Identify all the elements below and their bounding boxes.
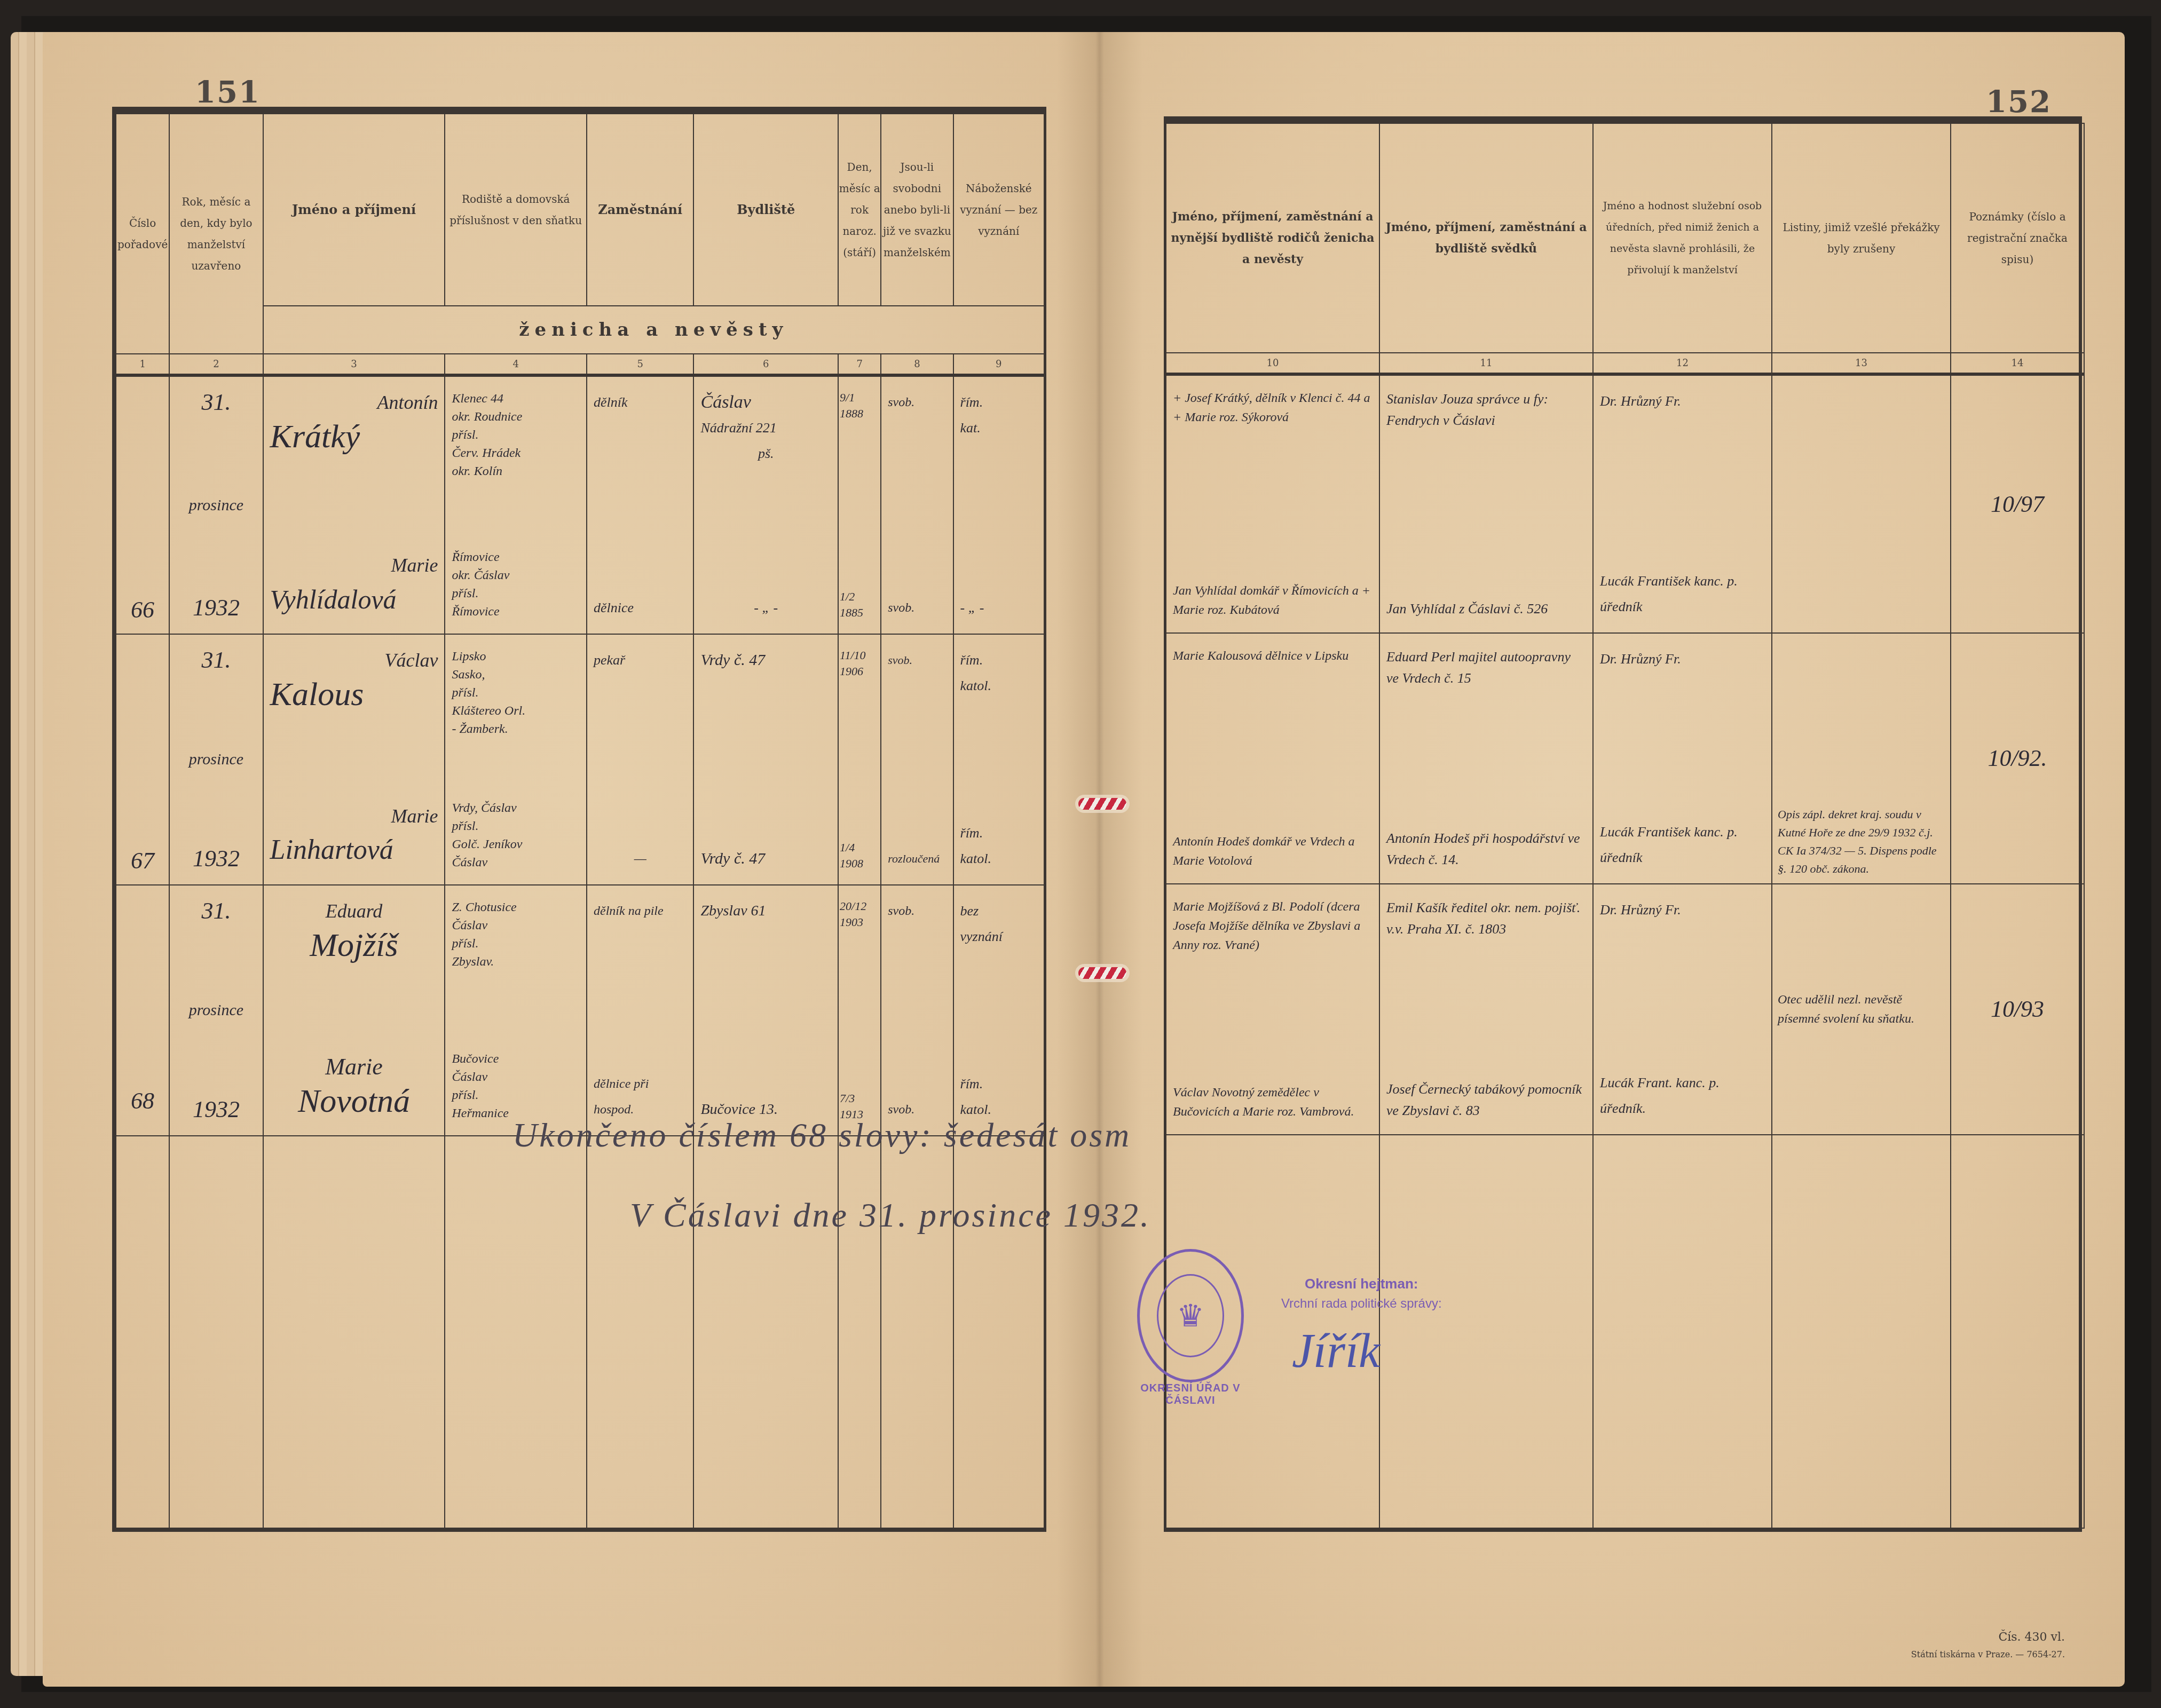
bride-birth-daymonth: 1/2	[840, 589, 879, 605]
binding-thread-icon	[1078, 967, 1126, 979]
notes: 10/97	[1951, 374, 2084, 633]
groom-birthplace-line: - Žamberk.	[452, 720, 580, 738]
groom-birthplace-line: přísl.	[452, 935, 580, 953]
official-1: Dr. Hrůzný Fr.	[1600, 646, 1765, 672]
groom-religion: katol.	[960, 673, 1037, 699]
entry-month: prosince	[189, 493, 243, 518]
bride-birthplace-line: okr. Čáslav	[452, 566, 580, 584]
page-number-right: 152	[1986, 84, 2052, 120]
groom-first-name: Eduard	[270, 898, 438, 924]
bride-religion: - „ -	[960, 595, 1037, 621]
col-number: 2	[169, 354, 263, 375]
register-entry-67: 67 31. prosince 1932 Václav Kalous Marie	[116, 634, 1044, 885]
register-entry-66: 66 31. prosince 1932 Antonín Krátký Mari…	[116, 375, 1044, 634]
groom-marital-status: svob.	[888, 898, 946, 924]
groom-residence-line: Nádražní 221	[700, 415, 831, 441]
col-number: 12	[1593, 353, 1772, 374]
parents-groom: Marie Mojžíšová z Bl. Podolí (dcera Jose…	[1173, 897, 1373, 955]
group-header: ženicha a nevěsty	[263, 306, 1044, 354]
groom-birthplace-line: okr. Kolín	[452, 462, 580, 480]
entry-year: 1932	[193, 846, 240, 872]
official-2: Lucák Frant. kanc. p. úředník.	[1600, 1070, 1765, 1121]
register-table-right: Jméno, příjmení, zaměstnání a nynější by…	[1164, 116, 2082, 1532]
col-number: 3	[263, 354, 445, 375]
groom-first-name: Antonín	[270, 390, 438, 415]
groom-birth-daymonth: 20/12	[840, 898, 879, 914]
entry-day: 31.	[201, 647, 231, 673]
bride-birth-year: 1908	[840, 856, 879, 872]
parents-groom: + Marie roz. Sýkorová	[1173, 408, 1373, 427]
register-entry-67-continued: Marie Kalousová dělnice v LipskuAntonín …	[1166, 633, 2084, 884]
col-number: 8	[881, 354, 953, 375]
col-number: 13	[1772, 353, 1951, 374]
notes: 10/93	[1951, 884, 2084, 1135]
col-header-7: Den, měsíc a rok naroz. (stáří)	[838, 114, 881, 306]
bride-birth-daymonth: 1/4	[840, 840, 879, 856]
groom-birthplace-line: okr. Roudnice	[452, 408, 580, 426]
witness-1: Eduard Perl majitel autoopravny ve Vrdec…	[1386, 646, 1586, 689]
bride-birthplace-line: Čáslav	[452, 1068, 580, 1086]
binding-thread-icon	[1078, 798, 1126, 810]
col-number: 6	[693, 354, 838, 375]
col-header-4: Rodiště a domovská příslušnost v den sňa…	[445, 114, 587, 306]
documents	[1772, 374, 1951, 633]
col-header-14: Poznámky (číslo a registrační značka spi…	[1951, 123, 2084, 353]
bride-residence: Vrdy č. 47	[700, 846, 831, 872]
groom-marital-status: svob.	[888, 647, 946, 673]
documents: Otec udělil nezl. nevěstě písemné svolen…	[1772, 884, 1951, 1135]
groom-birthplace-line: Kláštereo Orl.	[452, 702, 580, 720]
groom-birth-daymonth: 11/10	[840, 647, 879, 663]
entry-number: 67	[116, 634, 169, 885]
documents: Opis zápl. dekret kraj. soudu v Kutné Ho…	[1772, 633, 1951, 884]
bride-surname: Vyhlídalová	[270, 578, 438, 621]
bride-first-name: Marie	[270, 803, 438, 829]
groom-birthplace-line: Červ. Hrádek	[452, 444, 580, 462]
col-number: 10	[1166, 353, 1379, 374]
stamp-title-block: Okresní hejtman: Vrchní rada politické s…	[1281, 1276, 1442, 1311]
groom-occupation: dělník	[594, 390, 687, 415]
col-header-2: Rok, měsíc a den, kdy bylo manželství uz…	[169, 114, 263, 354]
register-entry-68-continued: Marie Mojžíšová z Bl. Podolí (dcera Jose…	[1166, 884, 2084, 1135]
groom-religion: řím.	[960, 647, 1037, 673]
bride-marital-status: rozloučená	[888, 846, 946, 872]
bride-surname: Novotná	[270, 1080, 438, 1122]
lion-coat-of-arms-icon: ♛	[1157, 1274, 1224, 1357]
official-signature: Jířík	[1292, 1324, 1380, 1379]
groom-birthplace-line: Lipsko	[452, 647, 580, 666]
witness-1: Emil Kašík ředitel okr. nem. pojišť. v.v…	[1386, 897, 1586, 940]
notes: 10/92.	[1951, 633, 2084, 884]
seal-ring-text: OKRESNÍ ÚŘAD V ČÁSLAVI	[1137, 1382, 1244, 1407]
bride-birth-year: 1885	[840, 605, 879, 621]
bride-religion: řím.	[960, 820, 1037, 846]
groom-birthplace-line: Zbyslav.	[452, 953, 580, 971]
groom-religion: řím.	[960, 390, 1037, 415]
book-gutter	[1057, 32, 1142, 1687]
groom-birth-year: 1888	[840, 406, 879, 422]
bride-religion: katol.	[960, 846, 1037, 872]
col-header-10: Jméno, příjmení, zaměstnání a nynější by…	[1166, 123, 1379, 353]
official-1: Dr. Hrůzný Fr.	[1600, 389, 1765, 414]
groom-birthplace-line: Sasko,	[452, 666, 580, 684]
bride-marital-status: svob.	[888, 595, 946, 621]
col-header-12: Jméno a hodnost služební osob úředních, …	[1593, 123, 1772, 353]
bride-occupation: dělnice	[594, 595, 687, 621]
bride-first-name: Marie	[270, 552, 438, 578]
bride-birthplace-line: přísl.	[452, 584, 580, 603]
bride-birthplace-line: přísl.	[452, 817, 580, 835]
bride-birthplace-line: Čáslav	[452, 853, 580, 872]
col-header-11: Jméno, příjmení, zaměstnání a bydliště s…	[1379, 123, 1593, 353]
bride-residence: - „ -	[700, 595, 831, 621]
entry-day: 31.	[201, 390, 231, 415]
witness-2: Antonín Hodeš při hospodářství ve Vrdech…	[1386, 828, 1586, 871]
col-number: 11	[1379, 353, 1593, 374]
col-header-1: Číslo pořadové	[116, 114, 169, 354]
register-entry-68: 68 31. prosince 1932 Eduard Mojžíš Marie	[116, 885, 1044, 1136]
bride-birthplace-line: Římovice	[452, 603, 580, 621]
bride-occupation: —	[594, 846, 687, 872]
bride-birthplace-line: Bučovice	[452, 1050, 580, 1068]
bride-birthplace-line: Římovice	[452, 548, 580, 566]
printer-imprint: Státní tiskárna v Praze. — 7654-27.	[1911, 1649, 2065, 1659]
register-entry-66-continued: + Josef Krátký, dělník v Klenci č. 44 a+…	[1166, 374, 2084, 633]
col-header-6: Bydliště	[693, 114, 838, 306]
form-number: Čís. 430 vl.	[1998, 1631, 2065, 1644]
groom-surname: Kalous	[270, 673, 438, 716]
bride-birth-daymonth: 7/3	[840, 1090, 879, 1106]
bride-first-name: Marie	[270, 1054, 438, 1080]
col-number: 1	[116, 354, 169, 375]
bride-occupation: dělnice při hospod.	[594, 1071, 687, 1122]
page-number-left: 151	[195, 75, 261, 110]
groom-religion: bez	[960, 898, 1037, 924]
groom-birthplace-line: Klenec 44	[452, 390, 580, 408]
bride-birthplace-line: Vrdy, Čáslav	[452, 799, 580, 817]
stamp-title-line1: Okresní hejtman:	[1281, 1276, 1442, 1292]
entry-year: 1932	[193, 1097, 240, 1122]
groom-surname: Mojžíš	[270, 924, 438, 967]
witness-1: Stanislav Jouza správce u fy: Fendrych v…	[1386, 389, 1586, 431]
groom-first-name: Václav	[270, 647, 438, 673]
groom-birthplace-line: přísl.	[452, 426, 580, 444]
groom-religion: kat.	[960, 415, 1037, 441]
stamp-title-line2: Vrchní rada politické správy:	[1281, 1296, 1442, 1311]
groom-birth-daymonth: 9/1	[840, 390, 879, 406]
groom-birth-year: 1906	[840, 663, 879, 679]
parents-groom: + Josef Krátký, dělník v Klenci č. 44 a	[1173, 389, 1373, 408]
col-header-8: Jsou-li svobodni anebo byli-li již ve sv…	[881, 114, 953, 306]
bride-religion: řím.	[960, 1071, 1037, 1097]
groom-birthplace-line: Z. Chotusice	[452, 898, 580, 916]
entry-number: 66	[116, 375, 169, 634]
col-number: 5	[587, 354, 693, 375]
parents-bride: Antonín Hodeš domkář ve Vrdech a Marie V…	[1173, 832, 1373, 871]
register-table-left: Číslo pořadové Rok, měsíc a den, kdy byl…	[112, 107, 1046, 1532]
groom-birthplace-line: Čáslav	[452, 916, 580, 935]
parents-bride: Jan Vyhlídal domkář v Římovicích a + Mar…	[1173, 581, 1373, 620]
bride-birthplace-line: Golč. Jeníkov	[452, 835, 580, 853]
groom-residence-line: Čáslav	[700, 390, 831, 415]
groom-birth-year: 1903	[840, 914, 879, 930]
col-number: 9	[953, 354, 1044, 375]
col-header-9: Náboženské vyznání — bez vyznání	[953, 114, 1044, 306]
bride-surname: Linhartová	[270, 829, 438, 872]
col-number: 4	[445, 354, 587, 375]
groom-occupation: pekař	[594, 647, 687, 673]
parents-bride: Václav Novotný zemědělec v Bučovicích a …	[1173, 1083, 1373, 1121]
official-1: Dr. Hrůzný Fr.	[1600, 897, 1765, 923]
col-number: 7	[838, 354, 881, 375]
witness-2: Josef Černecký tabákový pomocník ve Zbys…	[1386, 1079, 1586, 1121]
entry-number: 68	[116, 885, 169, 1136]
entry-month: prosince	[189, 998, 243, 1023]
official-2: Lucák František kanc. p. úředník	[1600, 819, 1765, 871]
closing-statement-line2: V Čáslavi dne 31. prosince 1932.	[630, 1196, 1151, 1235]
witness-2: Jan Vyhlídal z Čáslavi č. 526	[1386, 598, 1586, 620]
closing-statement-line1: Ukončeno číslem 68 slovy: šedesát osm	[512, 1116, 1131, 1155]
col-number: 14	[1951, 353, 2084, 374]
groom-occupation: dělník na pile	[594, 898, 687, 924]
official-2: Lucák František kanc. p. úředník	[1600, 568, 1765, 620]
official-seal: ♛	[1137, 1249, 1244, 1382]
groom-religion: vyznání	[960, 924, 1037, 950]
groom-residence-line: pš.	[700, 441, 831, 466]
groom-residence: Zbyslav 61	[700, 898, 831, 924]
entry-month: prosince	[189, 747, 243, 772]
groom-surname: Krátký	[270, 415, 438, 458]
col-header-13: Listiny, jimiž vzešlé překážky byly zruš…	[1772, 123, 1951, 353]
entry-year: 1932	[193, 595, 240, 621]
col-header-5: Zaměstnání	[587, 114, 693, 306]
col-header-3: Jméno a příjmení	[263, 114, 445, 306]
bride-birthplace-line: přísl.	[452, 1086, 580, 1104]
groom-marital-status: svob.	[888, 390, 946, 415]
parents-groom: Marie Kalousová dělnice v Lipsku	[1173, 646, 1373, 666]
groom-birthplace-line: přísl.	[452, 684, 580, 702]
entry-day: 31.	[201, 898, 231, 924]
groom-residence: Vrdy č. 47	[700, 647, 831, 673]
